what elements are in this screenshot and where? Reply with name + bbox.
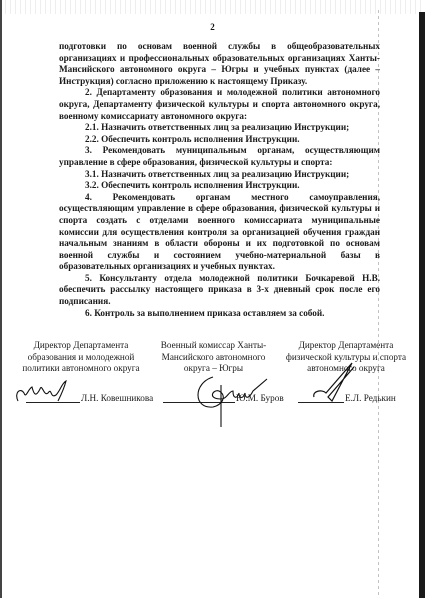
paragraph-2-2: 2.2. Обеспечить контроль исполнения Инст… [59,134,380,146]
paragraph-3-2: 3.2. Обеспечить контроль исполнения Инст… [59,180,380,192]
signature-block-education: Л.Н. Ковешникова [14,393,153,403]
scan-edge-right [419,12,425,598]
signature-block-sport: Е.Л. Редькин [298,393,396,403]
page-number: 2 [0,22,425,32]
paragraph-2: 2. Департаменту образования и молодежной… [59,87,380,122]
handwritten-signature-icon [308,363,368,423]
paragraph-intro: подготовки по основам военной службы в о… [59,41,380,87]
paragraph-2-1: 2.1. Назначить ответственных лиц за реал… [59,122,380,134]
paragraph-5: 5. Консультанту отдела молодежной полити… [59,273,380,308]
paragraph-6: 6. Контроль за выполнением приказа остав… [59,308,380,320]
paragraph-3: 3. Рекомендовать муниципальным органам, … [59,145,380,168]
scanned-page: 2 подготовки по основам военной службы в… [0,0,425,598]
paragraph-3-1: 3.1. Назначить ответственных лиц за реал… [59,169,380,181]
signatory-name-education: Л.Н. Ковешникова [81,393,153,403]
handwritten-signature-icon [14,379,74,409]
signatory-title-education: Директор Департамента образования и моло… [16,340,146,375]
handwritten-signature-icon [183,369,273,429]
scan-noise-top [0,0,425,14]
document-body: подготовки по основам военной службы в о… [59,41,380,319]
paragraph-4: 4. Рекомендовать органам местного самоуп… [59,192,380,273]
signature-block-military: Ю.М. Буров [163,393,284,403]
scan-edge-left [0,0,2,598]
